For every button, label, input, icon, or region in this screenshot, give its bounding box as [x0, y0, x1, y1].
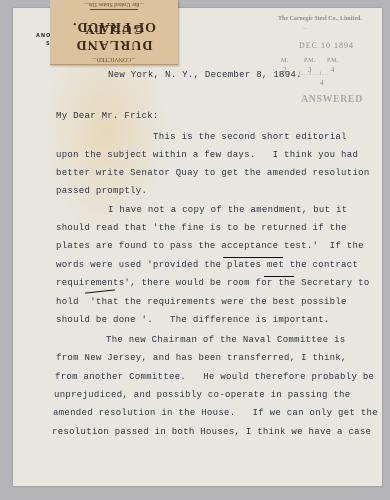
letter-line: from another Committee. He would therefo…	[55, 372, 374, 382]
letter-page: ANO S The Carnegie Steel Co., Limited. .…	[13, 8, 382, 486]
stamp-col-label: P.M.	[327, 58, 338, 64]
letter-line: words were used 'provided the plates met…	[56, 260, 358, 270]
stamp-company: The Carnegie Steel Co., Limited.	[278, 16, 362, 22]
clipping-headline-2: OF FRAUD.	[50, 18, 178, 34]
stamp-extra: 4	[320, 79, 324, 87]
clipping-bottom-text: ...CONVICTED...	[54, 56, 174, 62]
letter-line: better write Senator Quay to get the ame…	[56, 168, 370, 178]
dateline: New York, N. Y., December 8, 1894.	[108, 70, 302, 80]
letter-line: This is the second short editorial	[153, 132, 347, 142]
letter-line: The new Chairman of the Naval Committee …	[106, 335, 345, 345]
handwritten-underline	[223, 257, 283, 258]
stamp-answered: ANSWERED	[301, 94, 363, 105]
letter-line: from New Jersey, and has been transferre…	[56, 353, 347, 363]
letter-line: amended resolution in the House. If we c…	[53, 408, 378, 418]
letter-line: unprejudiced, and possibly co-operate in…	[54, 390, 350, 400]
stamp-col-label: M.	[281, 58, 288, 64]
clipping-rule	[90, 9, 138, 10]
letter-line: hold 'that the requirements were the bes…	[56, 297, 347, 307]
letter-line: requirements', there would be room for t…	[56, 278, 370, 288]
letter-line: upon the subject within a few days. I th…	[56, 150, 358, 160]
letter-line: should be done '. The difference is impo…	[56, 315, 330, 325]
letter-line: passed promptly.	[56, 186, 147, 196]
handwritten-underline	[85, 289, 115, 293]
stamp-col-label: P.M.	[304, 58, 315, 64]
letter-line: I have not a copy of the amendment, but …	[108, 205, 347, 215]
clipping-top-text: ...the United States Dis...	[54, 1, 174, 7]
handwritten-underline	[264, 276, 294, 277]
stamp-col-value: 4	[331, 66, 335, 74]
letter-line: should read that 'the fine is to be retu…	[56, 223, 347, 233]
salutation: My Dear Mr. Frick:	[56, 111, 159, 121]
letter-line: plates are found to pass the acceptance …	[56, 241, 364, 251]
newspaper-clipping: ...CONVICTED... DURLAND GUILTY OF FRAUD.…	[50, 0, 178, 65]
stamp-received-date: DEC 10 1894	[299, 41, 354, 50]
stamp-subline: ...	[303, 26, 307, 31]
letter-line: resolution passed in both Houses, I thin…	[52, 427, 371, 437]
